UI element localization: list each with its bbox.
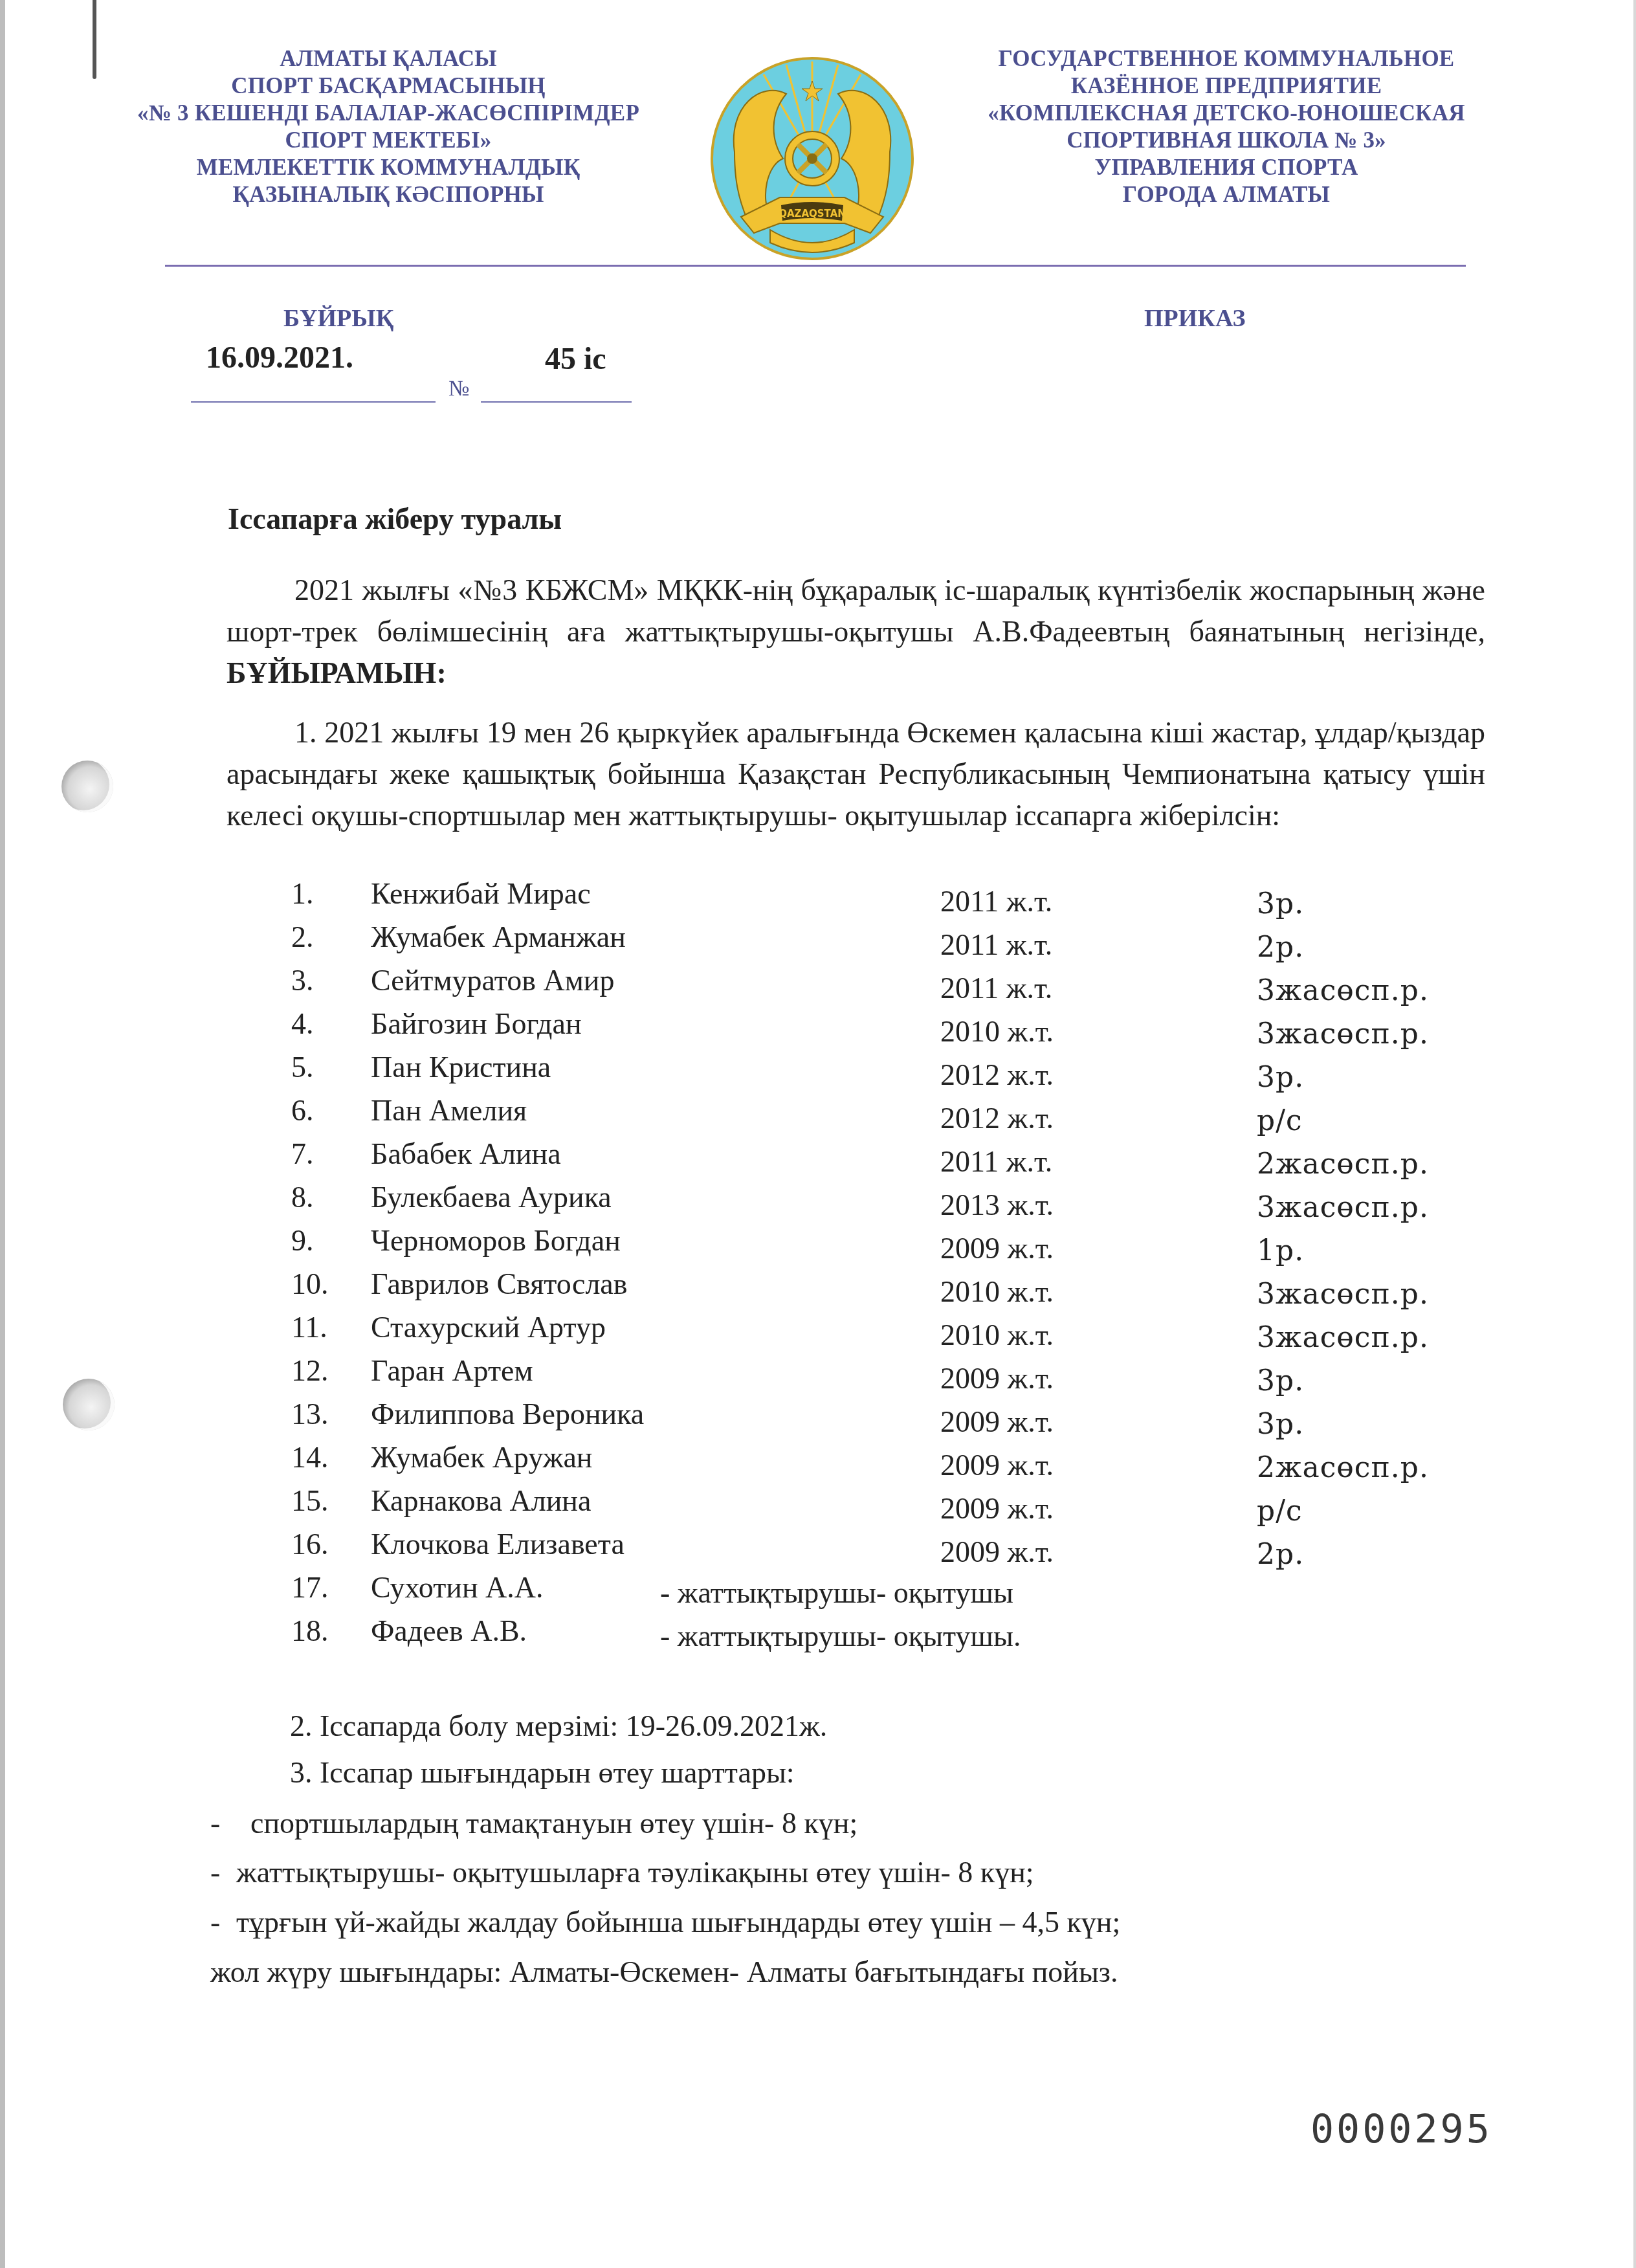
participant-number: 14. [291, 1441, 329, 1474]
order-title-ru: ПРИКАЗ [1144, 304, 1245, 333]
participant-name: Черноморов Богдан [371, 1224, 621, 1258]
participant-category: 3жасөсп.р. [1257, 1321, 1429, 1355]
participant-row: 8.Булекбаева Аурика2013 ж.т.3жасөсп.р. [291, 1181, 1521, 1224]
participant-birth-year: 2009 ж.т. [940, 1535, 1054, 1569]
participant-birth-year: 2009 ж.т. [940, 1232, 1054, 1265]
participant-category: 2р. [1257, 1538, 1304, 1572]
participant-row: 16.Клочкова Елизавета2009 ж.т.2р. [291, 1528, 1521, 1571]
header-ru-line: ГОСУДАРСТВЕННОЕ КОММУНАЛЬНОЕ [958, 45, 1495, 72]
participant-category: 3жасөсп.р. [1257, 1191, 1429, 1225]
participant-name: Пан Кристина [371, 1051, 551, 1084]
participant-category: 3р. [1257, 887, 1304, 921]
participant-number: 10. [291, 1267, 329, 1301]
participant-name: Гаран Артем [371, 1354, 533, 1388]
participant-row: 7.Бабабек Алина2011 ж.т.2жасөсп.р. [291, 1137, 1521, 1181]
travel-expenses: жол жүру шығындары: Алматы-Өскемен- Алма… [210, 1955, 1118, 1989]
participant-number: 11. [291, 1311, 327, 1344]
participant-name: Жумабек Аружан [371, 1441, 592, 1474]
participant-number: 6. [291, 1094, 314, 1128]
number-sign: № [448, 377, 469, 401]
participant-name: Гаврилов Святослав [371, 1267, 627, 1301]
participant-name: Пан Амелия [371, 1094, 527, 1128]
participant-number: 15. [291, 1484, 329, 1518]
scan-left-edge [0, 0, 5, 2268]
coach-row: 17.Сухотин А.А.- жаттықтырушы- оқытушы [291, 1571, 1521, 1614]
order-title-kz: БҰЙРЫҚ [283, 304, 393, 333]
participant-birth-year: 2012 ж.т. [940, 1058, 1054, 1092]
punch-hole-bottom [63, 1379, 115, 1430]
participant-name: Жумабек Арманжан [371, 920, 626, 954]
participant-birth-year: 2009 ж.т. [940, 1449, 1054, 1482]
staple-mark [93, 0, 96, 79]
header-kz-line: АЛМАТЫ ҚАЛАСЫ [136, 45, 641, 72]
participant-number: 9. [291, 1224, 314, 1258]
participant-category: 3р. [1257, 1364, 1304, 1398]
participant-category: 1р. [1257, 1234, 1304, 1268]
participant-row: 5.Пан Кристина2012 ж.т.3р. [291, 1051, 1521, 1094]
bullet-dash: - [210, 1806, 220, 1840]
participant-number: 7. [291, 1137, 314, 1171]
participant-category: 3жасөсп.р. [1257, 1278, 1429, 1311]
header-kz-line: СПОРТ БАСҚАРМАСЫНЫҢ [136, 72, 641, 100]
condition-text: жаттықтырушы- оқытушыларға тәулікақыны ө… [236, 1855, 1034, 1889]
participant-birth-year: 2010 ж.т. [940, 1015, 1054, 1049]
serial-number: 0000295 [1310, 2107, 1492, 2152]
participant-row: 12.Гаран Артем2009 ж.т.3р. [291, 1354, 1521, 1397]
participant-birth-year: 2009 ж.т. [940, 1362, 1054, 1395]
participant-name: Сейтмуратов Амир [371, 964, 614, 997]
participant-birth-year: 2012 ж.т. [940, 1102, 1054, 1135]
header-ru-line: КАЗЁННОЕ ПРЕДПРИЯТИЕ [958, 72, 1495, 100]
date-underline [191, 401, 436, 403]
item-3-conditions-heading: 3. Іссапар шығындарын өтеу шарттары: [290, 1755, 795, 1790]
condition-text: спортшылардың тамақтануын өтеу үшін- 8 к… [250, 1806, 857, 1840]
participant-number: 8. [291, 1181, 314, 1214]
coach-number: 17. [291, 1571, 329, 1605]
order-number: 45 іс [545, 341, 606, 377]
participant-name: Булекбаева Аурика [371, 1181, 612, 1214]
participant-row: 3.Сейтмуратов Амир2011 ж.т.3жасөсп.р. [291, 964, 1521, 1007]
participant-birth-year: 2011 ж.т. [940, 885, 1052, 918]
participant-number: 16. [291, 1528, 329, 1561]
coach-name: Сухотин А.А. [371, 1571, 543, 1605]
header-kz-line: «№ 3 КЕШЕНДІ БАЛАЛАР-ЖАСӨСПІРІМДЕР [136, 100, 641, 127]
participant-name: Стахурский Артур [371, 1311, 606, 1344]
participant-category: р/с [1257, 1104, 1303, 1138]
header-ru-line: УПРАВЛЕНИЯ СПОРТА [958, 154, 1495, 181]
participant-row: 9.Черноморов Богдан2009 ж.т.1р. [291, 1224, 1521, 1267]
bullet-dash: - [210, 1855, 220, 1889]
participant-birth-year: 2011 ж.т. [940, 1145, 1052, 1179]
participant-name: Филиппова Вероника [371, 1397, 644, 1431]
participant-row: 14.Жумабек Аружан2009 ж.т.2жасөсп.р. [291, 1441, 1521, 1484]
header-kz-line: МЕМЛЕКЕТТІК КОММУНАЛДЫҚ [136, 154, 641, 181]
participant-number: 4. [291, 1007, 314, 1041]
participants-list: 1.Кенжибай Мирас2011 ж.т.3р.2.Жумабек Ар… [291, 877, 1521, 1658]
order-date: 16.09.2021. [206, 340, 353, 375]
coach-row: 18.Фадеев А.В.- жаттықтырушы- оқытушы. [291, 1614, 1521, 1658]
participant-birth-year: 2010 ж.т. [940, 1275, 1054, 1309]
participant-birth-year: 2009 ж.т. [940, 1492, 1054, 1526]
participant-row: 1.Кенжибай Мирас2011 ж.т.3р. [291, 877, 1521, 920]
participant-number: 13. [291, 1397, 329, 1431]
participant-category: 3жасөсп.р. [1257, 1017, 1429, 1051]
intro-text: 2021 жылғы «№3 КБЖСМ» МҚКК-нің бұқаралық… [227, 573, 1485, 648]
document-subject: Іссапарға жіберу туралы [228, 502, 562, 536]
condition-text: тұрғын үй-жайды жалдау бойынша шығындард… [236, 1905, 1120, 1939]
punch-hole-top [61, 761, 113, 812]
participant-category: 3р. [1257, 1061, 1304, 1095]
participant-name: Бабабек Алина [371, 1137, 561, 1171]
item-1-paragraph: 1. 2021 жылғы 19 мен 26 қыркүйек аралығы… [227, 712, 1485, 836]
participant-birth-year: 2013 ж.т. [940, 1188, 1054, 1222]
header-ru-line: «КОМПЛЕКСНАЯ ДЕТСКО-ЮНОШЕСКАЯ [958, 100, 1495, 127]
participant-number: 1. [291, 877, 314, 911]
number-underline [481, 401, 632, 403]
participant-number: 2. [291, 920, 314, 954]
participant-birth-year: 2009 ж.т. [940, 1405, 1054, 1439]
coach-role: - жаттықтырушы- оқытушы [660, 1576, 1013, 1610]
participant-birth-year: 2011 ж.т. [940, 928, 1052, 962]
bullet-dash: - [210, 1905, 220, 1939]
participant-name: Карнакова Алина [371, 1484, 591, 1518]
participant-birth-year: 2010 ж.т. [940, 1318, 1054, 1352]
participant-category: 3жасөсп.р. [1257, 974, 1429, 1008]
participant-birth-year: 2011 ж.т. [940, 972, 1052, 1005]
header-ru-organization: ГОСУДАРСТВЕННОЕ КОММУНАЛЬНОЕ КАЗЁННОЕ ПР… [958, 45, 1495, 208]
header-ru-line: СПОРТИВНАЯ ШКОЛА № 3» [958, 127, 1495, 154]
participant-name: Байгозин Богдан [371, 1007, 582, 1041]
scan-right-edge [1633, 0, 1636, 2268]
kazakhstan-state-emblem-icon: QAZAQSTAN [709, 55, 916, 262]
header-ru-line: ГОРОДА АЛМАТЫ [958, 181, 1495, 208]
header-kz-line: СПОРТ МЕКТЕБІ» [136, 127, 641, 154]
participant-row: 2.Жумабек Арманжан2011 ж.т.2р. [291, 920, 1521, 964]
intro-paragraph: 2021 жылғы «№3 КБЖСМ» МҚКК-нің бұқаралық… [227, 570, 1485, 694]
participant-row: 6.Пан Амелия2012 ж.т.р/с [291, 1094, 1521, 1137]
header-kz-line: ҚАЗЫНАЛЫҚ КӘСІПОРНЫ [136, 181, 641, 208]
participant-category: 2жасөсп.р. [1257, 1451, 1429, 1485]
participant-category: р/с [1257, 1495, 1303, 1528]
svg-text:QAZAQSTAN: QAZAQSTAN [779, 208, 846, 219]
header-divider [165, 265, 1466, 267]
coach-number: 18. [291, 1614, 329, 1648]
participant-row: 4.Байгозин Богдан2010 ж.т.3жасөсп.р. [291, 1007, 1521, 1051]
participant-number: 5. [291, 1051, 314, 1084]
participant-category: 2жасөсп.р. [1257, 1148, 1429, 1181]
participant-row: 11.Стахурский Артур2010 ж.т.3жасөсп.р. [291, 1311, 1521, 1354]
participant-row: 15.Карнакова Алина2009 ж.т.р/с [291, 1484, 1521, 1528]
coach-name: Фадеев А.В. [371, 1614, 527, 1648]
participant-row: 13.Филиппова Вероника2009 ж.т.3р. [291, 1397, 1521, 1441]
participant-number: 12. [291, 1354, 329, 1388]
item-2-duration: 2. Іссапарда болу мерзімі: 19-26.09.2021… [290, 1709, 827, 1743]
participant-name: Кенжибай Мирас [371, 877, 591, 911]
participant-category: 2р. [1257, 931, 1304, 964]
participant-number: 3. [291, 964, 314, 997]
participant-row: 10.Гаврилов Святослав2010 ж.т.3жасөсп.р. [291, 1267, 1521, 1311]
coach-role: - жаттықтырушы- оқытушы. [660, 1619, 1021, 1653]
header-kz-organization: АЛМАТЫ ҚАЛАСЫ СПОРТ БАСҚАРМАСЫНЫҢ «№ 3 К… [136, 45, 641, 208]
participant-name: Клочкова Елизавета [371, 1528, 625, 1561]
participant-category: 3р. [1257, 1408, 1304, 1441]
order-directive: БҰЙЫРАМЫН: [227, 656, 447, 689]
